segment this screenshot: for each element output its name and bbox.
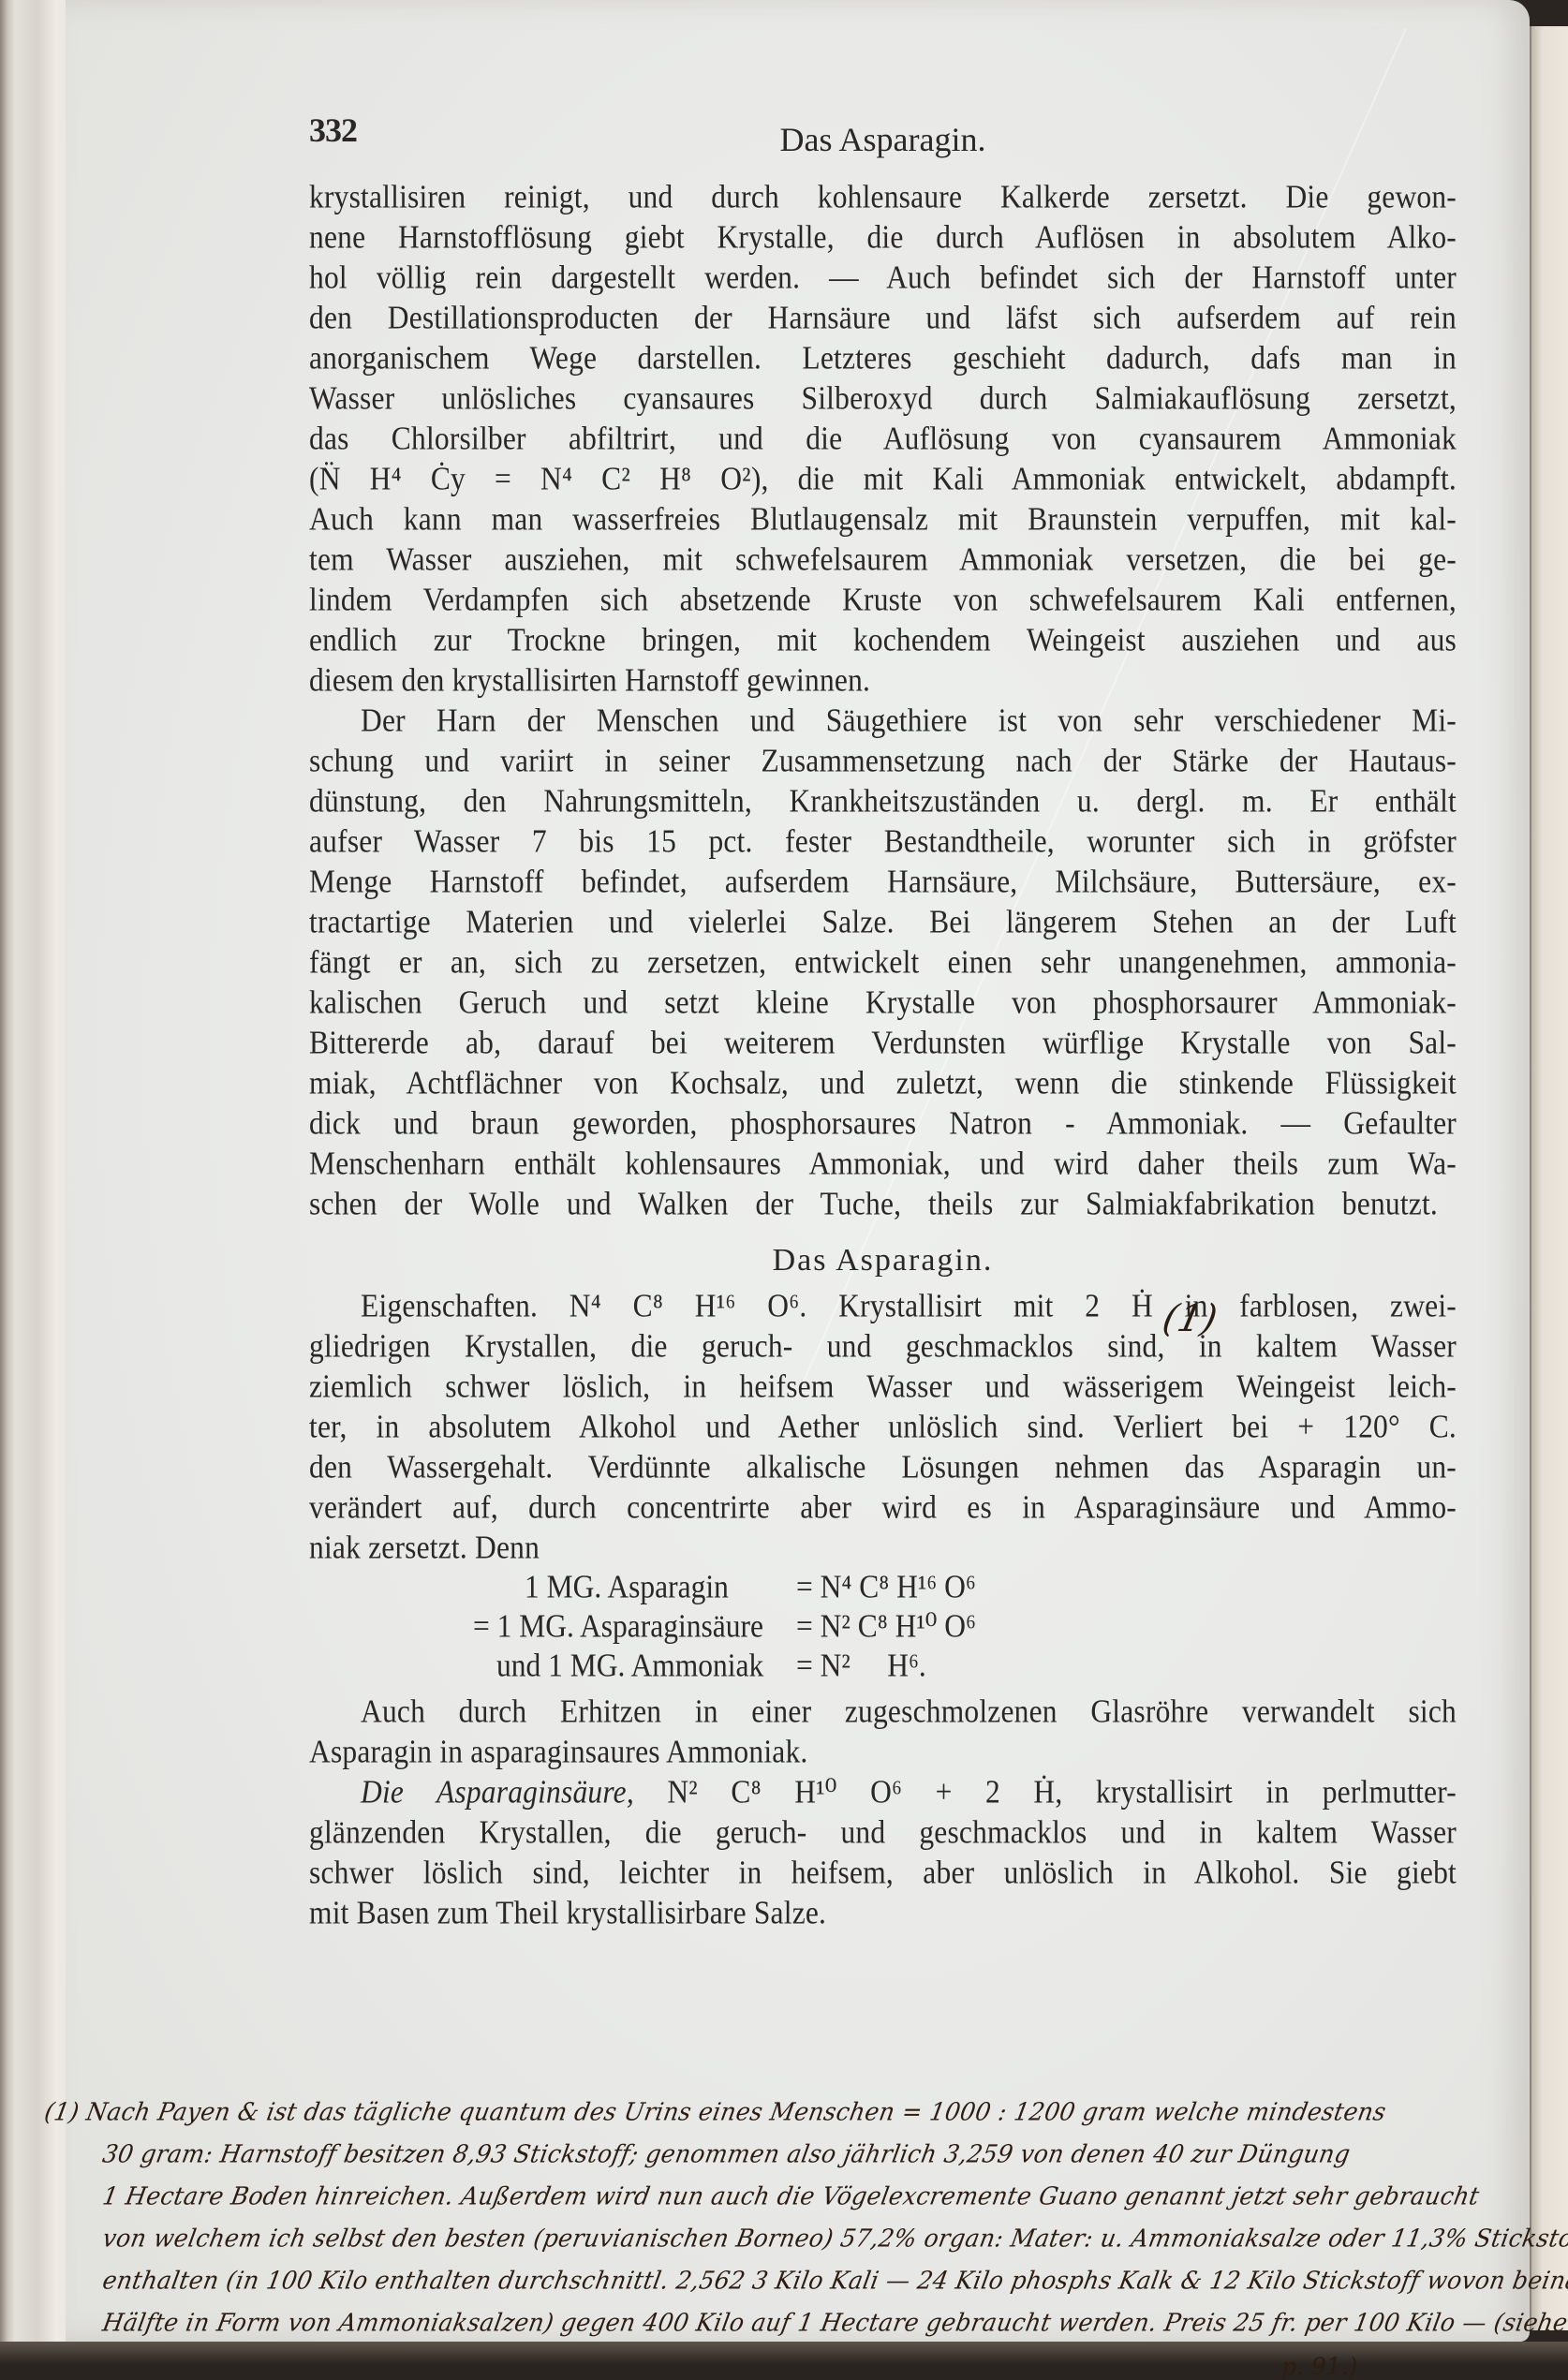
next-page-edge <box>1530 26 1568 2330</box>
formula-row: und 1 MG. Ammoniak = N² H⁶. <box>309 1647 1457 1693</box>
handwritten-line: enthalten (in 100 Kilo enthalten durchsc… <box>41 2258 1491 2302</box>
text-line: nene Harnstofflösung giebt Krystalle, di… <box>309 214 1457 259</box>
text-line: Wasser unlösliches cyansaures Silberoxyd… <box>309 375 1457 420</box>
text-line: tractartige Materien und vielerlei Salze… <box>309 898 1457 943</box>
running-title: Das Asparagin. <box>309 120 1457 159</box>
text-line: dick und braun geworden, phosphorsaures … <box>309 1100 1457 1145</box>
text-line: krystallisiren reinigt, und durch kohlen… <box>309 173 1457 218</box>
text-line: schwer löslich sind, leichter in heifsem… <box>309 1849 1457 1894</box>
text-line: Die Asparaginsäure, N² C⁸ H¹⁰ O⁶ + 2 Ḣ, … <box>309 1768 1457 1813</box>
text-line: schung und variirt in seiner Zusammenset… <box>309 737 1457 782</box>
text-line: ter, in absolutem Alkohol und Aether unl… <box>309 1403 1457 1448</box>
formula-lhs: und 1 MG. Ammoniak <box>496 1647 763 1684</box>
italic-term: Die Asparaginsäure, <box>361 1773 634 1810</box>
handwritten-line: Hälfte in Form von Ammoniaksalzen) gegen… <box>41 2300 1491 2344</box>
text-line: dünstung, den Nahrungsmitteln, Krankheit… <box>309 777 1457 822</box>
paragraph-asparaginsaeure: Die Asparaginsäure, N² C⁸ H¹⁰ O⁶ + 2 Ḣ, … <box>309 1771 1457 1932</box>
handwritten-line: 30 gram: Harnstoff besitzen 8,93 Stickst… <box>41 2132 1491 2176</box>
handwritten-footnote-marker: (1) <box>1159 1297 1220 1340</box>
handwritten-line: 1 Hectare Boden hinreichen. Außerdem wir… <box>41 2174 1491 2218</box>
text-line: den Wassergehalt. Verdünnte alkalische L… <box>309 1443 1457 1488</box>
paragraph-harnstoff-preparation: krystallisiren reinigt, und durch kohlen… <box>309 176 1457 700</box>
formula-lhs: 1 MG. Asparagin <box>525 1568 729 1605</box>
formula-rhs: = N² H⁶. <box>796 1647 926 1684</box>
text-line: schen der Wolle und Walken der Tuche, th… <box>309 1180 1438 1225</box>
text-line: endlich zur Trockne bringen, mit kochend… <box>309 616 1457 661</box>
text-line: Menge Harnstoff befindet, aufserdem Harn… <box>309 858 1457 903</box>
text-line: (N̈ H⁴ Ċy = N⁴ C² H⁸ O²), die mit Kali A… <box>309 455 1457 500</box>
handwritten-page-reference: p. 91.) <box>1281 2353 1357 2380</box>
text-line: tem Wasser ausziehen, mit schwefelsaurem… <box>309 536 1457 581</box>
text-line: kalischen Geruch und setzt kleine Krysta… <box>309 979 1457 1024</box>
text-line: lindem Verdampfen sich absetzende Kruste… <box>309 576 1457 621</box>
text-span: N² C⁸ H¹⁰ O⁶ + 2 Ḣ, krystallisirt in per… <box>634 1773 1457 1810</box>
text-line: glänzenden Krystallen, die geruch- und g… <box>309 1809 1457 1854</box>
text-line: ziemlich schwer löslich, in heifsem Wass… <box>309 1363 1457 1408</box>
formula-lhs: = 1 MG. Asparaginsäure <box>473 1607 763 1645</box>
text-line: diesem den krystallisirten Harnstoff gew… <box>309 657 1457 702</box>
handwritten-line: von welchem ich selbst den besten (peruv… <box>41 2216 1491 2260</box>
reaction-formula: 1 MG. Asparagin = N⁴ C⁸ H¹⁶ O⁶ = 1 MG. A… <box>309 1567 1457 1691</box>
book-spread: 332 Das Asparagin. krystallisiren reinig… <box>0 0 1568 2380</box>
text-line: anorganischem Wege darstellen. Letzteres… <box>309 334 1457 379</box>
paragraph-erhitzen: Auch durch Erhitzen in einer zugeschmolz… <box>309 1691 1457 1771</box>
text-line: Der Harn der Menschen und Säugethiere is… <box>309 697 1457 742</box>
text-line: Bittererde ab, darauf bei weiterem Verdu… <box>309 1019 1457 1064</box>
text-line: mit Basen zum Theil krystallisirbare Sal… <box>309 1889 1457 1934</box>
text-line: gliedrigen Krystallen, die geruch- und g… <box>309 1323 1457 1367</box>
handwritten-line: (1) Nach Payen & ist das tägliche quantu… <box>41 2090 1491 2134</box>
text-line: Auch durch Erhitzen in einer zugeschmolz… <box>309 1688 1457 1733</box>
page-stack-edge <box>0 0 70 2380</box>
text-line: das Chlorsilber abfiltrirt, und die Aufl… <box>309 415 1457 460</box>
text-line: Eigenschaften. N⁴ C⁸ H¹⁶ O⁶. Krystallisi… <box>309 1282 1457 1327</box>
text-line: Auch kann man wasserfreies Blutlaugensal… <box>309 495 1457 540</box>
running-head: 332 Das Asparagin. <box>309 111 1457 176</box>
text-line: miak, Achtflächner von Kochsalz, und zul… <box>309 1059 1457 1104</box>
text-line: den Destillationsproducten der Harnsäure… <box>309 294 1457 339</box>
section-title: Das Asparagin. <box>309 1227 1457 1285</box>
text-line: hol völlig rein dargestellt werden. — Au… <box>309 254 1457 299</box>
text-line: Asparagin in asparaginsaures Ammoniak. <box>309 1728 1457 1773</box>
text-line: Menschenharn enthält kohlensaures Ammoni… <box>309 1140 1457 1185</box>
formula-rhs: = N⁴ C⁸ H¹⁶ O⁶ <box>796 1568 976 1605</box>
printed-text: 332 Das Asparagin. krystallisiren reinig… <box>309 111 1457 1932</box>
text-line: niak zersetzt. Denn <box>309 1524 1457 1569</box>
formula-rhs: = N² C⁸ H¹⁰ O⁶ <box>796 1607 976 1645</box>
text-line: verändert auf, durch concentrirte aber w… <box>309 1484 1457 1529</box>
paragraph-eigenschaften: Eigenschaften. N⁴ C⁸ H¹⁶ O⁶. Krystallisi… <box>309 1285 1457 1567</box>
paragraph-harn: Der Harn der Menschen und Säugethiere is… <box>309 700 1457 1223</box>
text-line: aufser Wasser 7 bis 15 pct. fester Besta… <box>309 818 1457 863</box>
text-line: fängt er an, sich zu zersetzen, entwicke… <box>309 939 1457 983</box>
handwritten-annotation: (1) Nach Payen & ist das tägliche quantu… <box>45 2091 1487 2343</box>
